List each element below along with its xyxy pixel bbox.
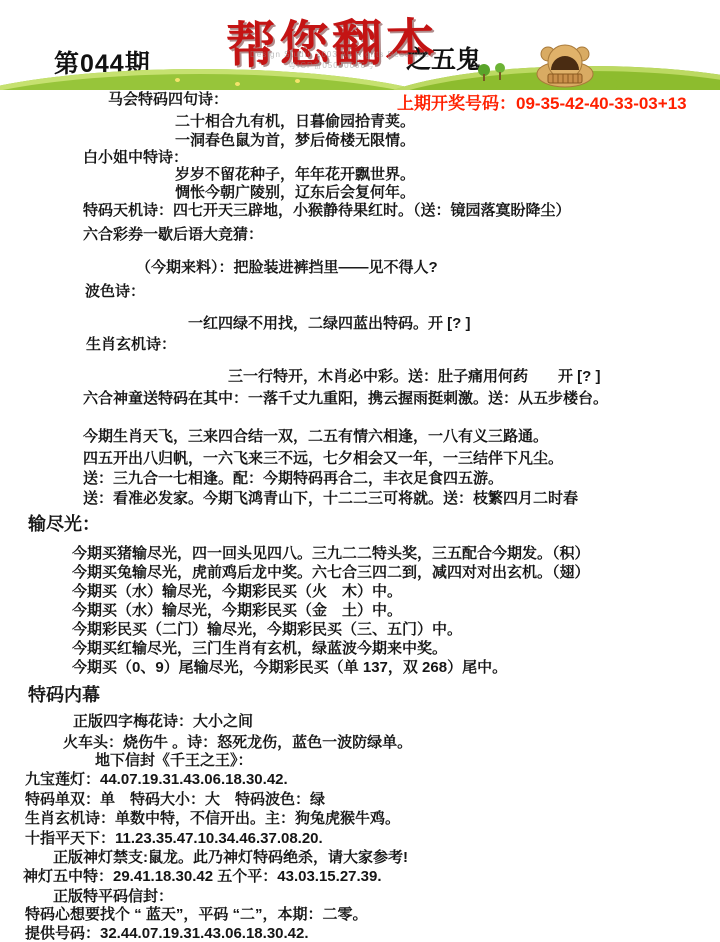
line-shendeng-jin: 正版神灯禁支:鼠龙。此乃神灯特码绝杀，请大家参考! <box>53 850 408 867</box>
line-mahui-1: 二十相合九有机，日暮偷园拾青荚。 <box>175 114 415 131</box>
line-meihua: 正版四字梅花诗：大小之间 <box>73 714 253 731</box>
line-bai-title: 白小姐中特诗： <box>83 150 188 167</box>
line-bai-2: 惆怅今朝广陵别，辽东后会复何年。 <box>175 185 415 202</box>
line-mahui-title: 马会特码四句诗： <box>108 92 228 109</box>
grass-flower-dot <box>175 78 180 82</box>
shujinguang-line: 今期彩民买（二门）输尽光，今期彩民买（三、五门）中。 <box>72 622 462 639</box>
grass-flower-dot <box>235 82 240 86</box>
line-bose: 一红四绿不用找，二绿四蓝出特码。开 [? ] <box>188 316 471 333</box>
line-jiubao: 九宝莲灯：44.07.19.31.43.06.18.30.42. <box>25 772 288 789</box>
line-shengxiao-title: 生肖玄机诗： <box>86 337 176 354</box>
line-tigong: 提供号码：32.44.07.19.31.43.06.18.30.42. <box>25 926 309 942</box>
line-para-1: 今期生肖天飞，三来四合结一双，二五有情六相逢，一八有义三路通。 <box>83 429 548 446</box>
section-title-neimu: 特码内幕 <box>28 686 100 706</box>
line-huochetou: 火车头：烧伤牛 。诗：怒死龙伤，蓝色一波防绿单。 <box>63 735 412 752</box>
section-title-shujinguang: 输尽光： <box>28 515 100 535</box>
watermark-english: Design Studio 2003 All Rights Reserved <box>250 50 430 59</box>
line-shengxiao-2: 生肖玄机诗：单数中特，不信开出。主：狗兔虎猴牛鸡。 <box>25 811 400 828</box>
shujinguang-line: 今期买（0、9）尾输尽光，今期彩民买（单 137，双 268）尾中。 <box>72 660 507 677</box>
line-shentong: 六合神童送特码在其中：一落千丈九重阳，携云握雨挺刺激。送：从五步楼台。 <box>83 391 608 408</box>
shujinguang-line: 今期买猪输尽光，四一回头见四八。三九二二特头奖，三五配合今期发。（积） <box>72 546 590 563</box>
line-xinfeng: 地下信封《千王之王》： <box>95 753 253 770</box>
line-shendeng-wu: 神灯五中特：29.41.18.30.42 五个平：43.03.15.27.39. <box>23 869 382 886</box>
line-bai-1: 岁岁不留花种子，年年花开飘世界。 <box>175 167 415 184</box>
line-shizhi: 十指平天下：11.23.35.47.10.34.46.37.08.20. <box>25 831 323 848</box>
line-shengxiao: 三一行特开，木肖必中彩。送：肚子痛用何药 开 [? ] <box>228 369 601 386</box>
line-para-3: 送：三九合一七相逢。配：今期特码再合二，丰衣足食四五游。 <box>83 471 503 488</box>
line-bose-title: 波色诗： <box>85 284 145 301</box>
last-draw-numbers: 上期开奖号码：09-35-42-40-33-03+13 <box>397 89 687 114</box>
line-teping-title: 正版特平码信封： <box>53 889 173 906</box>
shujinguang-line: 今期买（水）输尽光，今期彩民买（金 土）中。 <box>72 603 402 620</box>
lottery-tip-sheet-page: 第044期 帮您翻本 之五鬼 Design Studio 2003 All Ri… <box>0 0 720 942</box>
line-danshuang: 特码单双：单 特码大小：大 特码波色：绿 <box>25 792 325 809</box>
line-xiehouyu: （今期来料）：把脸装进裤挡里——见不得人? <box>136 260 438 277</box>
line-xiehouyu-title: 六合彩券一歇后语大竞猜： <box>83 227 263 244</box>
line-tianji: 特码天机诗：四七开天三辟地，小猴静待果红时。（送：镜园落寞盼降尘） <box>83 203 571 220</box>
line-mahui-2: 一洞春色鼠为首，梦后倚楼无限情。 <box>175 133 415 150</box>
shujinguang-line: 今期买兔输尽光，虎前鸡后龙中奖。六七合三四二到，减四对对出玄机。（翅） <box>72 565 590 582</box>
shujinguang-line: 今期买（水）输尽光，今期彩民买（火 木）中。 <box>72 584 402 601</box>
line-para-2: 四五开出八归帆，一六飞来三不远，七夕相会又一年，一三结伴下凡尘。 <box>83 451 563 468</box>
line-para-4: 送：看准必发家。今期飞鸿青山下，十二二三可将就。送：枝繁四月二时春 <box>83 491 578 508</box>
shujinguang-line: 今期买红输尽光，三门生肖有玄机，绿蓝波今期来中奖。 <box>72 641 447 658</box>
grass-flower-dot <box>295 79 300 83</box>
line-teping: 特码心想要找个 “ 蓝天”，平码 “二”，本期：二零。 <box>25 907 368 924</box>
mascot-bear-icon <box>468 36 618 88</box>
